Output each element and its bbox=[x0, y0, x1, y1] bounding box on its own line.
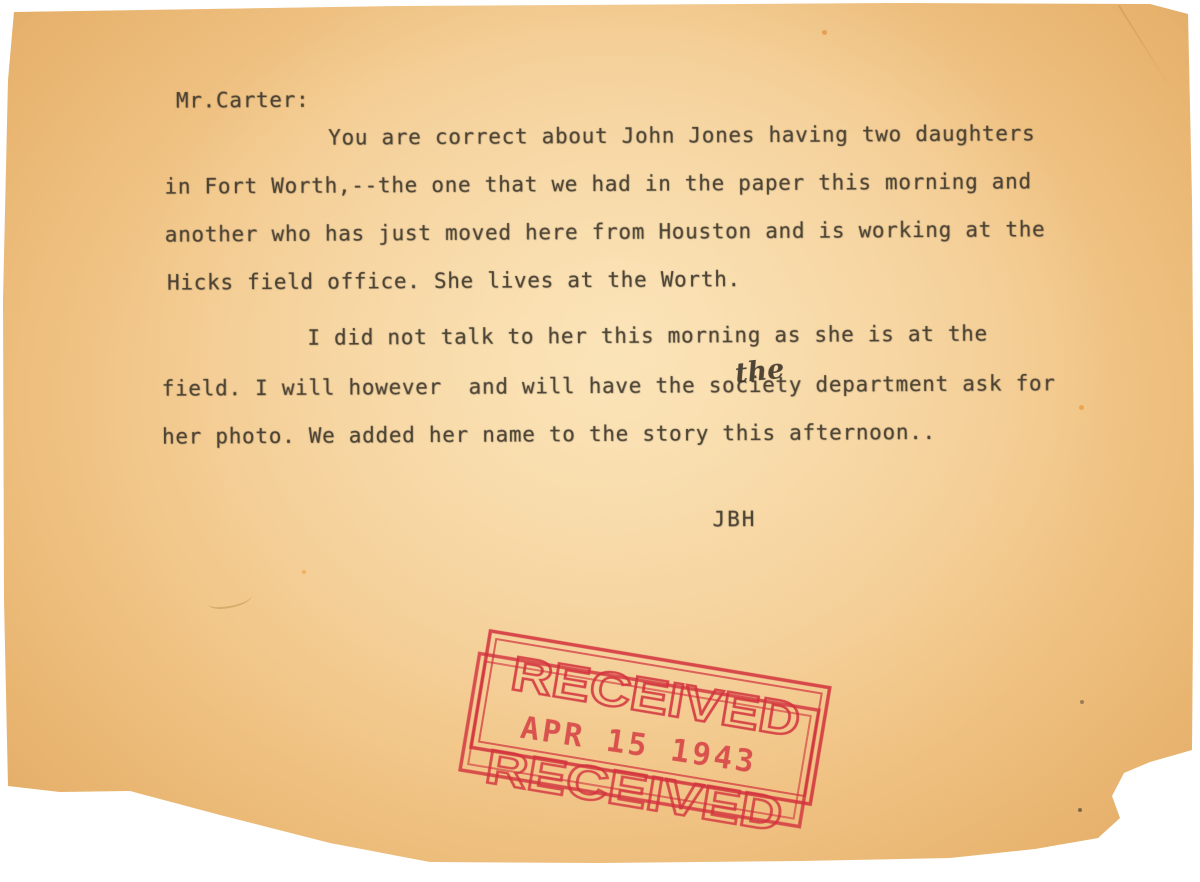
handwritten-correction: the bbox=[734, 354, 786, 390]
memo-line: in Fort Worth,--the one that we had in t… bbox=[164, 171, 1031, 197]
memo-line: field. I will however and will have the … bbox=[162, 373, 1056, 399]
scan-background: Mr.Carter: You are correct about John Jo… bbox=[0, 0, 1200, 882]
memo-line: I did not talk to her this morning as sh… bbox=[307, 324, 988, 349]
memo-line: her photo. We added her name to the stor… bbox=[162, 422, 936, 448]
memo-line: Hicks field office. She lives at the Wor… bbox=[167, 269, 741, 294]
memo-paper: Mr.Carter: You are correct about John Jo… bbox=[0, 0, 1200, 882]
memo-line: another who has just moved here from Hou… bbox=[165, 219, 1046, 245]
memo-line: You are correct about John Jones having … bbox=[328, 123, 1035, 148]
memo-salutation: Mr.Carter: bbox=[176, 90, 310, 112]
memo-signature: JBH bbox=[712, 509, 756, 530]
